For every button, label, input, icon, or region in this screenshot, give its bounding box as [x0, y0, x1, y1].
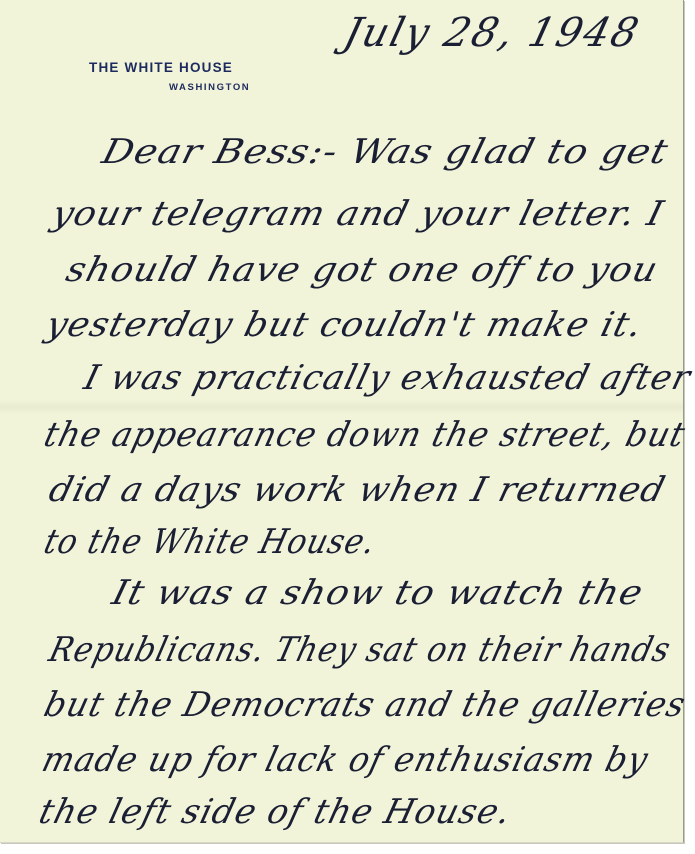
- letter-line: I was practically exhausted after: [80, 358, 695, 398]
- letter-line: Republicans. They sat on their hands: [45, 630, 675, 670]
- letter-line: should have got one off to you: [62, 250, 663, 290]
- letter-date: July 28, 1948: [339, 10, 645, 56]
- letter-line: made up for lack of enthusiasm by: [38, 740, 653, 780]
- letter-line: to the White House.: [40, 522, 380, 562]
- letter-line: It was a show to watch the: [108, 573, 648, 613]
- letter-line: the appearance down the street, but: [40, 415, 690, 455]
- letter-line: did a days work when I returned: [45, 470, 670, 510]
- letter-paper: THE WHITE HOUSE WASHINGTON July 28, 1948…: [0, 0, 684, 843]
- paper-fold: [0, 400, 683, 414]
- letter-line: Dear Bess:- Was glad to get: [98, 132, 673, 172]
- letter-line: the left side of the House.: [35, 792, 515, 832]
- letterhead-city: WASHINGTON: [169, 82, 250, 93]
- letterhead-title: THE WHITE HOUSE: [89, 60, 233, 75]
- letter-line: but the Democrats and the galleries: [40, 685, 690, 725]
- letter-line: your telegram and your letter. I: [48, 194, 668, 234]
- letterhead: THE WHITE HOUSE WASHINGTON: [89, 60, 233, 75]
- letter-line: yesterday but couldn't make it.: [42, 305, 647, 345]
